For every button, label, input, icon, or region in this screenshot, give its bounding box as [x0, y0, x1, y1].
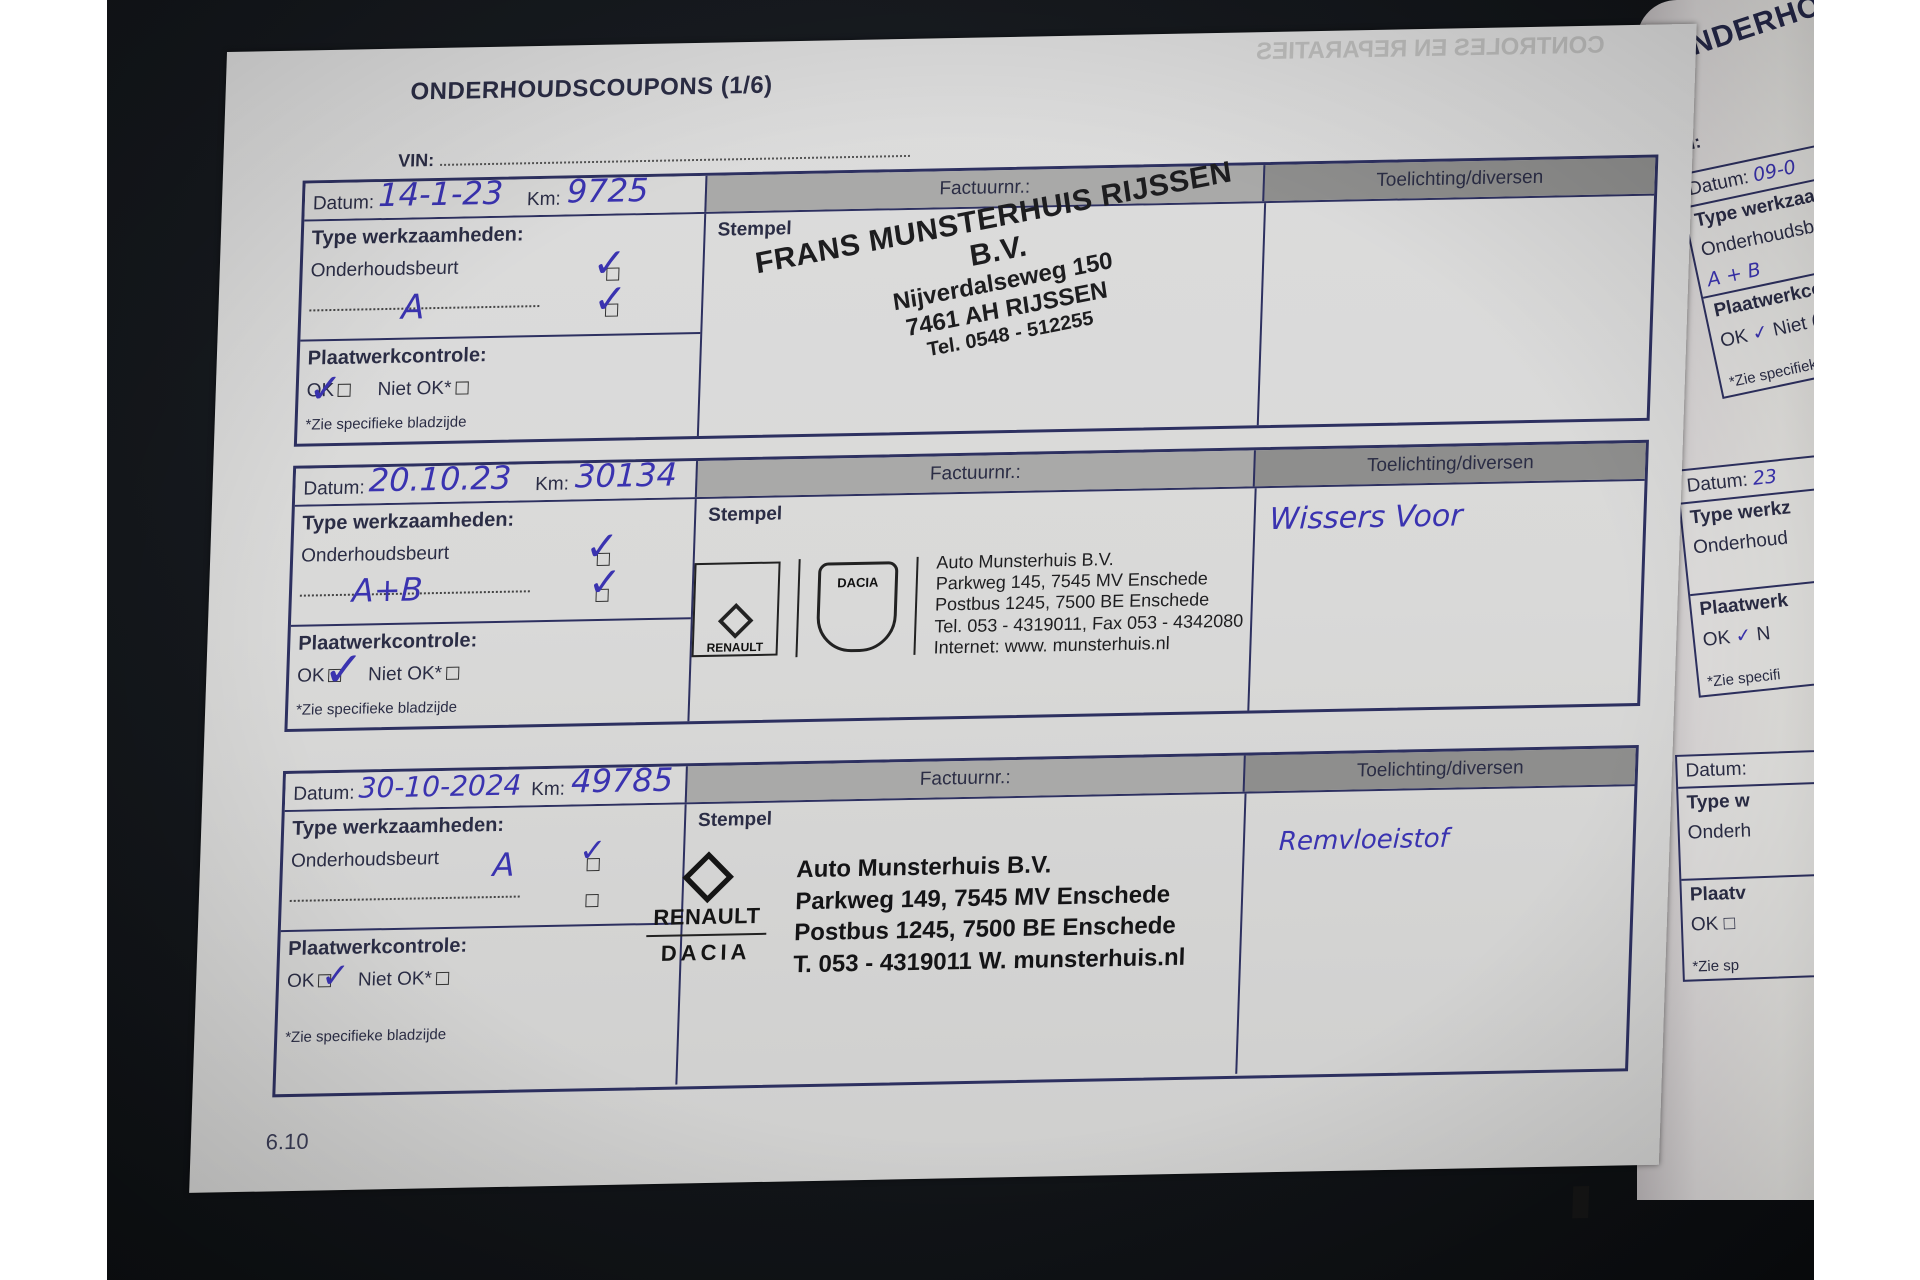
coupon-1-date: 14-1-23 [378, 174, 504, 214]
coupon-1: Datum: 14-1-23 Km: 9725 Factuurnr.: Toel… [294, 155, 1659, 447]
coupon-3-service-type: A [492, 846, 515, 884]
dealer-stamp-enschede: ◇ RENAULT DACIA Auto Munsterhuis B.V. Pa… [691, 547, 1245, 664]
coupon-1-bodywork-section: Plaatwerkcontrole: OK ✓ Niet OK* *Zie sp… [297, 334, 700, 444]
coupon-3: Datum: 30-10-2024 Km: 49785 Factuurnr.: … [272, 745, 1639, 1097]
coupon-2-km: 30134 [575, 455, 678, 495]
coupon-2: Datum: 20.10.23 Km: 30134 Factuurnr.: To… [284, 440, 1649, 732]
right-coupon-1: Datum: 09-0 Type werkzaam Onderhoudsbe A… [1675, 120, 1814, 399]
check-icon: ✓ [1734, 624, 1752, 648]
coupon-3-notes: Remvloeistof [1237, 786, 1634, 1074]
coupon-3-note-text: Remvloeistof [1278, 820, 1619, 857]
vin-dotted-line [440, 155, 910, 166]
check-icon: ✓ [579, 834, 607, 867]
coupon-1-service-type: A [401, 287, 426, 327]
coupon-2-date-row: Datum: 20.10.23 Km: 30134 [295, 461, 696, 505]
maintenance-page: CONTROLES EN REPARATIES ONDERHOUDSCOUPON… [189, 24, 1697, 1193]
dealer-address: Auto Munsterhuis B.V. Parkweg 149, 7545 … [793, 847, 1189, 981]
checkbox-icon [455, 382, 468, 395]
coupon-3-bodywork-section: Plaatwerkcontrole: OK ✓ Niet OK* *Zie sp… [275, 924, 680, 1092]
coupon-2-notes: Wissers Voor [1249, 481, 1644, 711]
right-coupon-3: Datum: Type w Onderh Plaatv OK □ *Zie sp [1675, 746, 1814, 982]
check-icon: ✓ [593, 279, 628, 320]
coupon-1-notes-label: Toelichting/diversen [1262, 158, 1655, 202]
coupon-3-work-section: Type werkzaamheden: Onderhoudsbeurt A ✓ [281, 804, 685, 932]
ribbon-bookmark [1572, 1186, 1589, 1218]
page-number: 6.10 [265, 1129, 309, 1156]
renault-diamond-icon: ◇ [647, 839, 769, 905]
coupon-3-notes-label: Toelichting/diversen [1243, 748, 1636, 792]
dacia-logo: DACIA [816, 561, 899, 653]
check-icon: ✓ [587, 563, 622, 604]
page-title: ONDERHOUDSCOUPONS (1/6) [410, 72, 773, 107]
coupon-3-date: 30-10-2024 [358, 768, 522, 804]
right-coupon-2: Datum: 23 Type werkz Onderhoud Plaatwerk… [1675, 442, 1814, 697]
coupon-2-service-type: A+B [351, 570, 423, 609]
check-icon: ✓ [321, 959, 351, 994]
check-icon: ✓ [308, 369, 343, 410]
coupon-2-date: 20.10.23 [368, 459, 512, 500]
coupon-2-stamp: Stempel ◇ RENAULT DACIA Auto Munsterhuis… [689, 488, 1256, 721]
checkbox-icon: □ [1723, 913, 1735, 934]
coupon-2-bodywork-section: Plaatwerkcontrole: OK ✓ Niet OK* *Zie sp… [287, 619, 690, 729]
checkbox-icon [446, 667, 459, 680]
coupon-3-date-row: Datum: 30-10-2024 Km: 49785 [285, 766, 686, 810]
renault-dacia-logo: ◇ RENAULT DACIA [645, 839, 770, 984]
bleed-through-heading: CONTROLES EN REPARATIES [1256, 32, 1605, 67]
right-coupon-2-date: 23 [1752, 465, 1778, 489]
checkbox-icon [436, 972, 449, 985]
check-icon: ✓ [323, 645, 365, 694]
coupon-1-work-section: Type werkzaamheden: Onderhoudsbeurt A ✓ … [300, 214, 704, 342]
renault-logo: ◇ RENAULT [692, 562, 781, 658]
coupon-1-km: 9725 [566, 171, 649, 211]
coupon-2-notes-label: Toelichting/diversen [1253, 443, 1646, 487]
coupon-2-note-text: Wissers Voor [1269, 495, 1630, 537]
vin-field: VIN: [398, 141, 911, 172]
booklet-photo: ONDERHOU VIN: Datum: 09-0 Type werkzaam … [107, 0, 1814, 1280]
coupon-1-stamp: Stempel FRANS MUNSTERHUIS RIJSSEN B.V. N… [699, 203, 1266, 436]
checkbox-icon [585, 894, 598, 907]
renault-diamond-icon: ◇ [718, 596, 753, 641]
coupon-2-work-section: Type werkzaamheden: Onderhoudsbeurt A+B … [291, 499, 695, 627]
coupon-1-date-row: Datum: 14-1-23 Km: 9725 [304, 176, 705, 220]
coupon-3-stamp: Stempel ◇ RENAULT DACIA Auto Munsterhuis… [677, 794, 1246, 1085]
coupon-1-notes [1259, 196, 1654, 426]
right-coupon-1-date: 09-0 [1751, 156, 1798, 186]
check-icon: ✓ [1750, 320, 1770, 345]
dealer-address: Auto Munsterhuis B.V. Parkweg 145, 7545 … [933, 547, 1245, 659]
dealer-stamp-enschede-new: ◇ RENAULT DACIA Auto Munsterhuis B.V. Pa… [645, 831, 1190, 984]
coupon-3-km: 49785 [571, 761, 674, 801]
vin-label: VIN: [398, 150, 435, 171]
